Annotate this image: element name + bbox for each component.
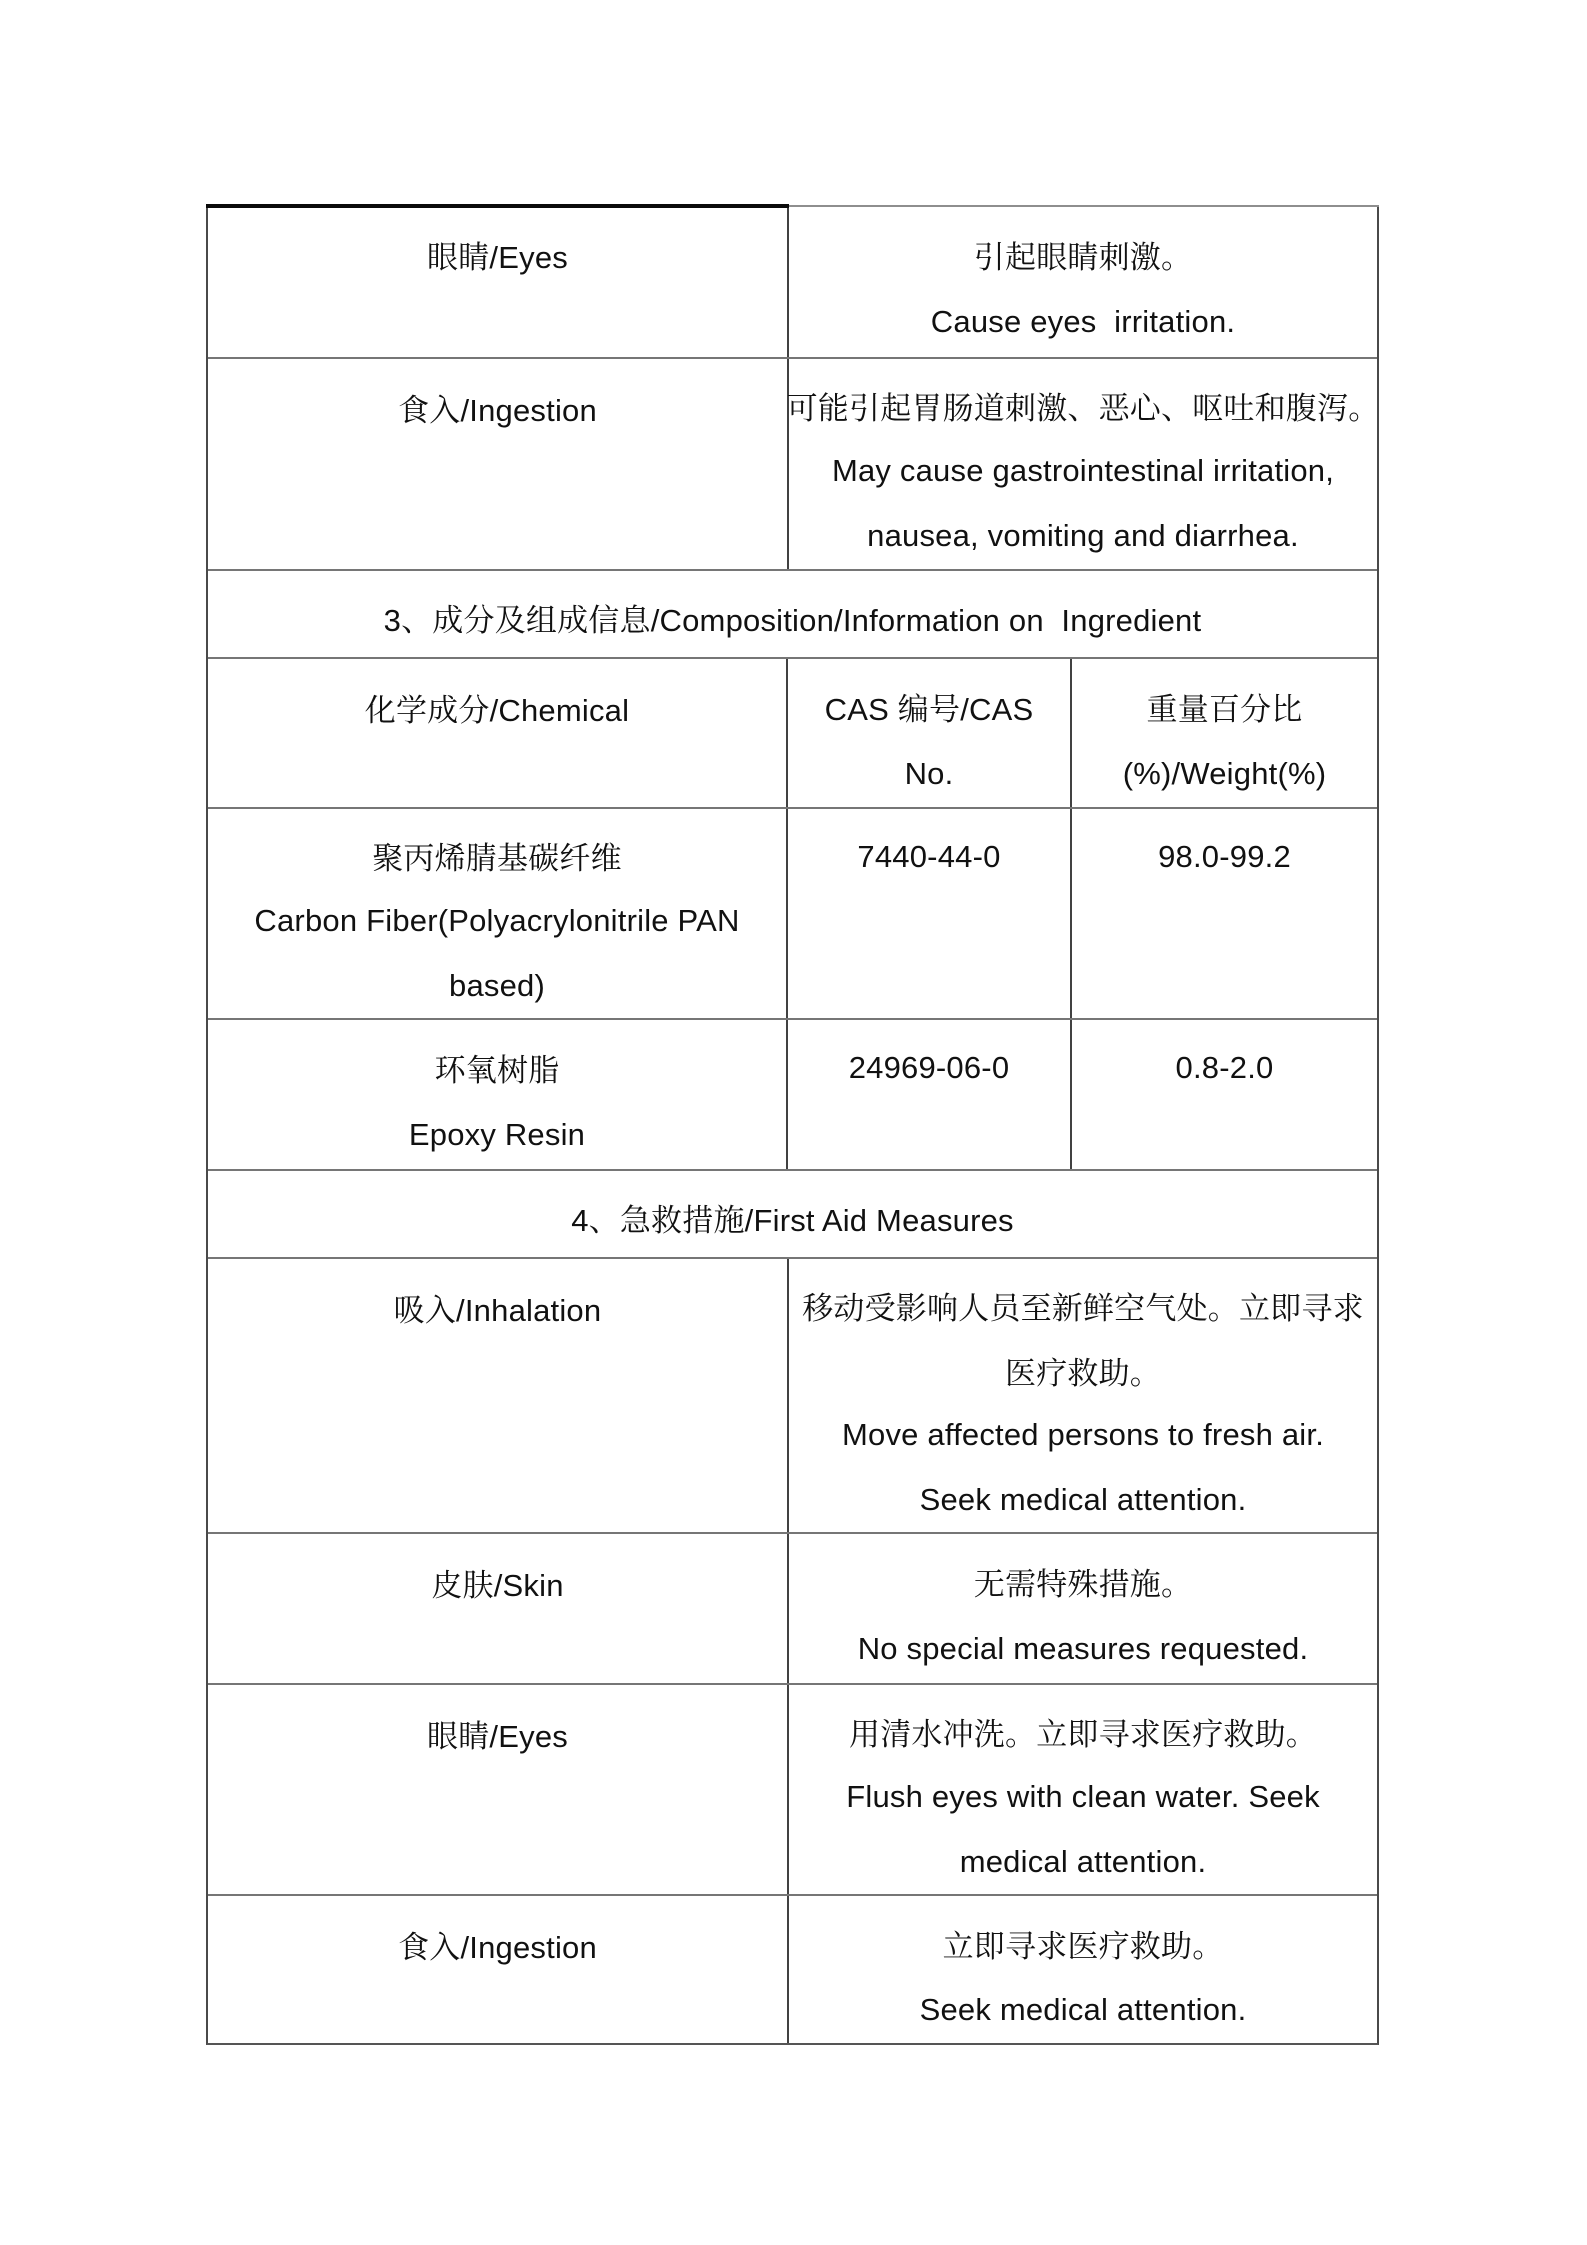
text-line: Seek medical attention.: [920, 1977, 1247, 2044]
section-4-header: 4、急救措施/First Aid Measures: [208, 1169, 1377, 1257]
row-label: 食入/Ingestion: [398, 373, 597, 441]
text-line: 无需特殊措施。: [974, 1548, 1192, 1616]
section-title-cell: 3、成分及组成信息/Composition/Information on Ing…: [208, 571, 1377, 657]
text-line: 引起眼睛刺激。: [974, 220, 1192, 288]
chemical-cell: 环氧树脂 Epoxy Resin: [208, 1020, 786, 1169]
content-cell: 可能引起胃肠道刺激、恶心、呕吐和腹泻。 May cause gastrointe…: [787, 359, 1377, 569]
content-cell: 用清水冲洗。立即寻求医疗救助。 Flush eyes with clean wa…: [787, 1685, 1377, 1894]
text-line: based): [449, 953, 545, 1018]
text-line: 立即寻求医疗救助。: [943, 1910, 1224, 1977]
content-cell: 移动受影响人员至新鲜空气处。立即寻求 医疗救助。 Move affected p…: [787, 1259, 1377, 1532]
label-cell: 吸入/Inhalation: [208, 1259, 787, 1532]
sds-table: 眼睛/Eyes 引起眼睛刺激。 Cause eyes irritation. 食…: [206, 206, 1379, 2045]
label-cell: 皮肤/Skin: [208, 1534, 787, 1683]
text-line: 聚丙烯腈基碳纤维: [372, 823, 622, 888]
text-line: 医疗救助。: [1005, 1338, 1161, 1403]
row-epoxy-resin: 环氧树脂 Epoxy Resin 24969-06-0 0.8-2.0: [208, 1018, 1377, 1169]
row-label: 食入/Ingestion: [398, 1910, 597, 1978]
row-ingestion-hazard: 食入/Ingestion 可能引起胃肠道刺激、恶心、呕吐和腹泻。 May cau…: [208, 357, 1377, 569]
text-line: Cause eyes irritation.: [931, 288, 1235, 356]
row-ingestion-firstaid: 食入/Ingestion 立即寻求医疗救助。 Seek medical atte…: [208, 1894, 1377, 2043]
row-carbon-fiber: 聚丙烯腈基碳纤维 Carbon Fiber(Polyacrylonitrile …: [208, 807, 1377, 1018]
chemical-header-cell: 化学成分/Chemical: [208, 659, 786, 807]
row-label: 吸入/Inhalation: [394, 1273, 602, 1341]
label-cell: 食入/Ingestion: [208, 359, 787, 569]
text-line: nausea, vomiting and diarrhea.: [867, 504, 1299, 569]
text-line: Flush eyes with clean water. Seek: [846, 1764, 1320, 1829]
section-title-cell: 4、急救措施/First Aid Measures: [208, 1171, 1377, 1257]
text-line: 移动受影响人员至新鲜空气处。立即寻求: [802, 1273, 1364, 1338]
column-header: (%)/Weight(%): [1123, 740, 1327, 807]
column-header: 化学成分/Chemical: [365, 673, 629, 741]
row-inhalation: 吸入/Inhalation 移动受影响人员至新鲜空气处。立即寻求 医疗救助。 M…: [208, 1257, 1377, 1532]
cas-header-cell: CAS 编号/CAS No.: [786, 659, 1070, 807]
column-header: 重量百分比: [1147, 673, 1303, 740]
content-cell: 立即寻求医疗救助。 Seek medical attention.: [787, 1896, 1377, 2043]
text-line: Carbon Fiber(Polyacrylonitrile PAN: [254, 888, 739, 953]
chemical-cell: 聚丙烯腈基碳纤维 Carbon Fiber(Polyacrylonitrile …: [208, 809, 786, 1018]
text-line: 用清水冲洗。立即寻求医疗救助。: [849, 1699, 1317, 1764]
weight-header-cell: 重量百分比 (%)/Weight(%): [1070, 659, 1377, 807]
column-header: No.: [905, 740, 954, 807]
row-skin: 皮肤/Skin 无需特殊措施。 No special measures requ…: [208, 1532, 1377, 1683]
text-line: May cause gastrointestinal irritation,: [832, 438, 1334, 503]
text-line: 可能引起胃肠道刺激、恶心、呕吐和腹泻。: [787, 373, 1380, 438]
cas-cell: 24969-06-0: [786, 1020, 1070, 1169]
weight-percent: 98.0-99.2: [1158, 823, 1291, 891]
text-line: No special measures requested.: [858, 1616, 1309, 1684]
content-cell: 无需特殊措施。 No special measures requested.: [787, 1534, 1377, 1683]
composition-header-row: 化学成分/Chemical CAS 编号/CAS No. 重量百分比 (%)/W…: [208, 657, 1377, 807]
row-label: 眼睛/Eyes: [427, 1699, 568, 1767]
text-line: Seek medical attention.: [920, 1467, 1247, 1532]
content-cell: 引起眼睛刺激。 Cause eyes irritation.: [787, 206, 1377, 357]
table-top-border-thin: [789, 205, 1379, 207]
row-label: 皮肤/Skin: [431, 1548, 563, 1616]
text-line: 环氧树脂: [435, 1034, 560, 1102]
text-line: medical attention.: [960, 1829, 1207, 1894]
text-line: Epoxy Resin: [409, 1102, 585, 1170]
label-cell: 食入/Ingestion: [208, 1896, 787, 2043]
cas-cell: 7440-44-0: [786, 809, 1070, 1018]
text-line: Move affected persons to fresh air.: [842, 1403, 1324, 1468]
cas-number: 24969-06-0: [849, 1034, 1010, 1102]
label-cell: 眼睛/Eyes: [208, 206, 787, 357]
label-cell: 眼睛/Eyes: [208, 1685, 787, 1894]
table-top-border-thick: [206, 204, 789, 208]
column-header: CAS 编号/CAS: [825, 673, 1034, 740]
weight-cell: 0.8-2.0: [1070, 1020, 1377, 1169]
row-eyes-hazard: 眼睛/Eyes 引起眼睛刺激。 Cause eyes irritation.: [208, 206, 1377, 357]
weight-cell: 98.0-99.2: [1070, 809, 1377, 1018]
weight-percent: 0.8-2.0: [1176, 1034, 1274, 1102]
section-3-header: 3、成分及组成信息/Composition/Information on Ing…: [208, 569, 1377, 657]
cas-number: 7440-44-0: [857, 823, 1000, 891]
section-title: 3、成分及组成信息/Composition/Information on Ing…: [384, 583, 1202, 651]
row-label: 眼睛/Eyes: [427, 220, 568, 288]
section-title: 4、急救措施/First Aid Measures: [571, 1183, 1014, 1251]
row-eyes-firstaid: 眼睛/Eyes 用清水冲洗。立即寻求医疗救助。 Flush eyes with …: [208, 1683, 1377, 1894]
